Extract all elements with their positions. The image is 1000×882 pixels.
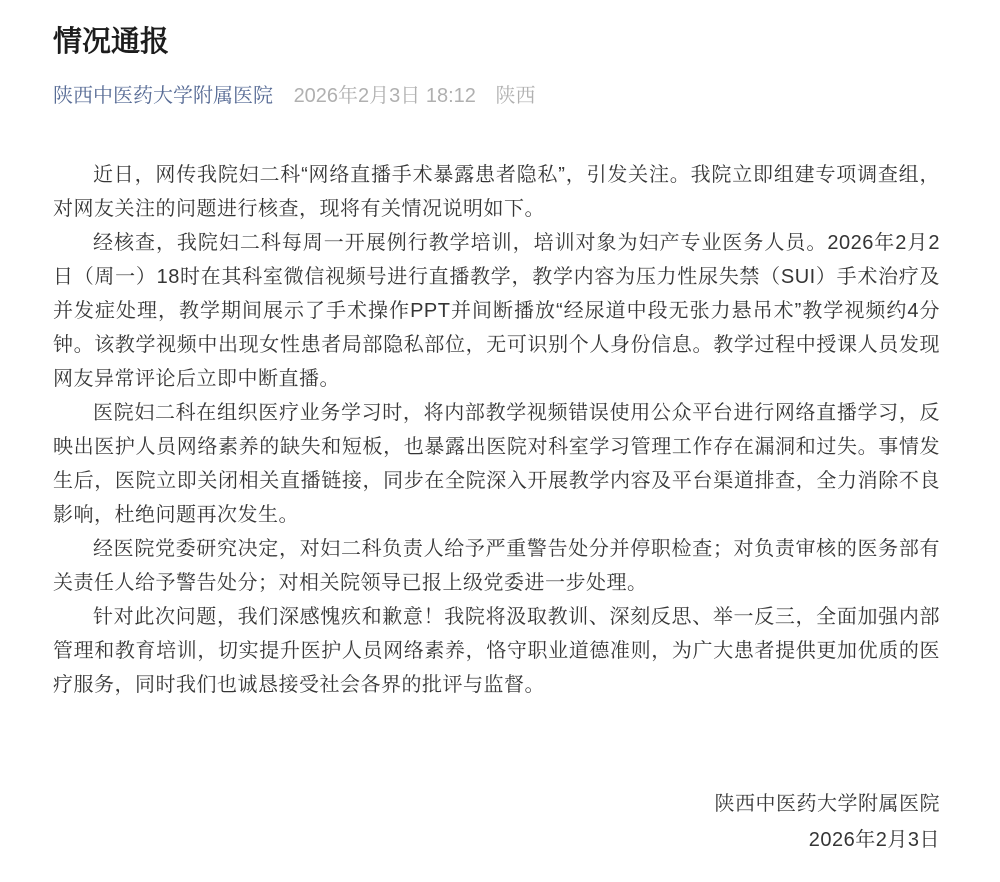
publish-location: 陕西 xyxy=(495,85,535,107)
body-paragraph-4: 经医院党委研究决定，对妇二科负责人给予严重警告处分并停职检查；对负责审核的医务部… xyxy=(53,532,940,600)
article-title: 情况通报 xyxy=(53,24,940,60)
article-page: 情况通报 陕西中医药大学附属医院 2026年2月3日 18:12 陕西 近日，网… xyxy=(0,0,1000,882)
account-name-link[interactable]: 陕西中医药大学附属医院 xyxy=(53,85,273,107)
signature-name: 陕西中医药大学附属医院 xyxy=(53,786,940,822)
body-paragraph-1: 近日，网传我院妇二科“网络直播手术暴露患者隐私”，引发关注。我院立即组建专项调查… xyxy=(53,158,940,226)
signature-date: 2026年2月3日 xyxy=(53,822,940,858)
publish-datetime: 2026年2月3日 18:12 xyxy=(294,85,476,107)
byline: 陕西中医药大学附属医院 2026年2月3日 18:12 陕西 xyxy=(53,82,940,110)
body-paragraph-3: 医院妇二科在组织医疗业务学习时，将内部教学视频错误使用公众平台进行网络直播学习，… xyxy=(53,396,940,532)
article-body: 近日，网传我院妇二科“网络直播手术暴露患者隐私”，引发关注。我院立即组建专项调查… xyxy=(53,158,940,702)
body-paragraph-5: 针对此次问题，我们深感愧疚和歉意！我院将汲取教训、深刻反思、举一反三，全面加强内… xyxy=(53,600,940,702)
body-paragraph-2: 经核查，我院妇二科每周一开展例行教学培训，培训对象为妇产专业医务人员。2026年… xyxy=(53,226,940,396)
signature-block: 陕西中医药大学附属医院 2026年2月3日 xyxy=(53,786,940,858)
